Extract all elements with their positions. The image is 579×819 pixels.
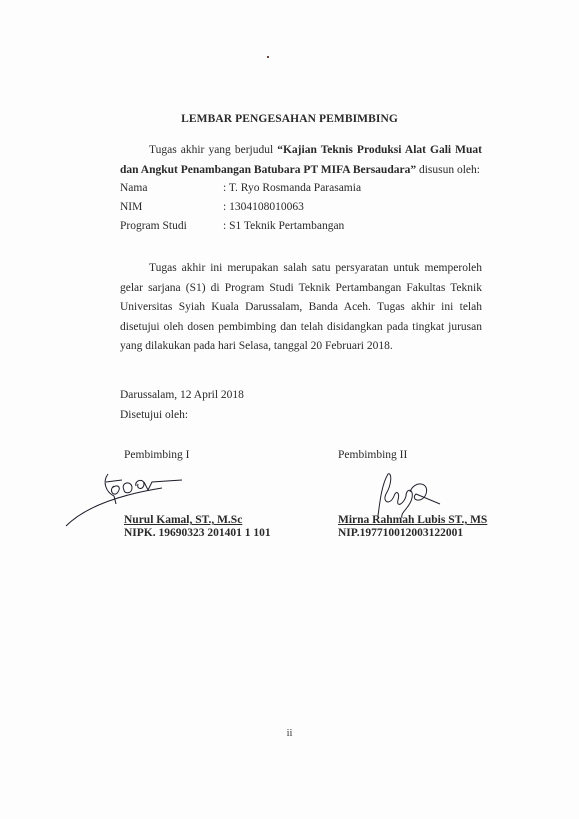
- intro-suffix: disusun oleh:: [416, 164, 480, 176]
- field-label: Nama: [120, 179, 223, 198]
- intro-paragraph: Tugas akhir yang berjudul “Kajian Teknis…: [120, 141, 482, 180]
- supervisor-1-name: Nurul Kamal, ST., M.Sc: [124, 514, 242, 526]
- intro-prefix: Tugas akhir yang berjudul: [120, 144, 277, 156]
- page-number: ii: [0, 728, 579, 739]
- signature-2-icon: [370, 470, 450, 520]
- page-title: LEMBAR PENGESAHAN PEMBIMBING: [0, 113, 579, 125]
- field-value: : S1 Teknik Pertambangan: [223, 220, 344, 232]
- body-text: Tugas akhir ini merupakan salah satu per…: [120, 262, 482, 352]
- field-program-studi: Program Studi: S1 Teknik Pertambangan: [120, 217, 344, 236]
- field-label: Program Studi: [120, 217, 223, 236]
- supervisor-2-name: Mirna Rahmah Lubis ST., MS: [338, 514, 487, 526]
- field-nama: Nama: T. Ryo Rosmanda Parasamia: [120, 179, 361, 198]
- field-nim: NIM: 1304108010063: [120, 198, 304, 217]
- scan-speck: [267, 56, 269, 58]
- supervisor-1-id: NIPK. 19690323 201401 1 101: [124, 527, 271, 539]
- supervisor-1-role: Pembimbing I: [124, 449, 190, 461]
- field-label: NIM: [120, 198, 223, 217]
- field-value: : 1304108010063: [223, 201, 304, 213]
- approved-by: Disetujui oleh:: [120, 409, 188, 421]
- field-value: : T. Ryo Rosmanda Parasamia: [223, 182, 361, 194]
- supervisor-2-role: Pembimbing II: [338, 449, 407, 461]
- place-date: Darussalam, 12 April 2018: [120, 389, 244, 401]
- supervisor-2-id: NIP.197710012003122001: [338, 527, 463, 539]
- document-page: LEMBAR PENGESAHAN PEMBIMBING Tugas akhir…: [0, 0, 579, 819]
- body-paragraph: Tugas akhir ini merupakan salah satu per…: [120, 259, 482, 357]
